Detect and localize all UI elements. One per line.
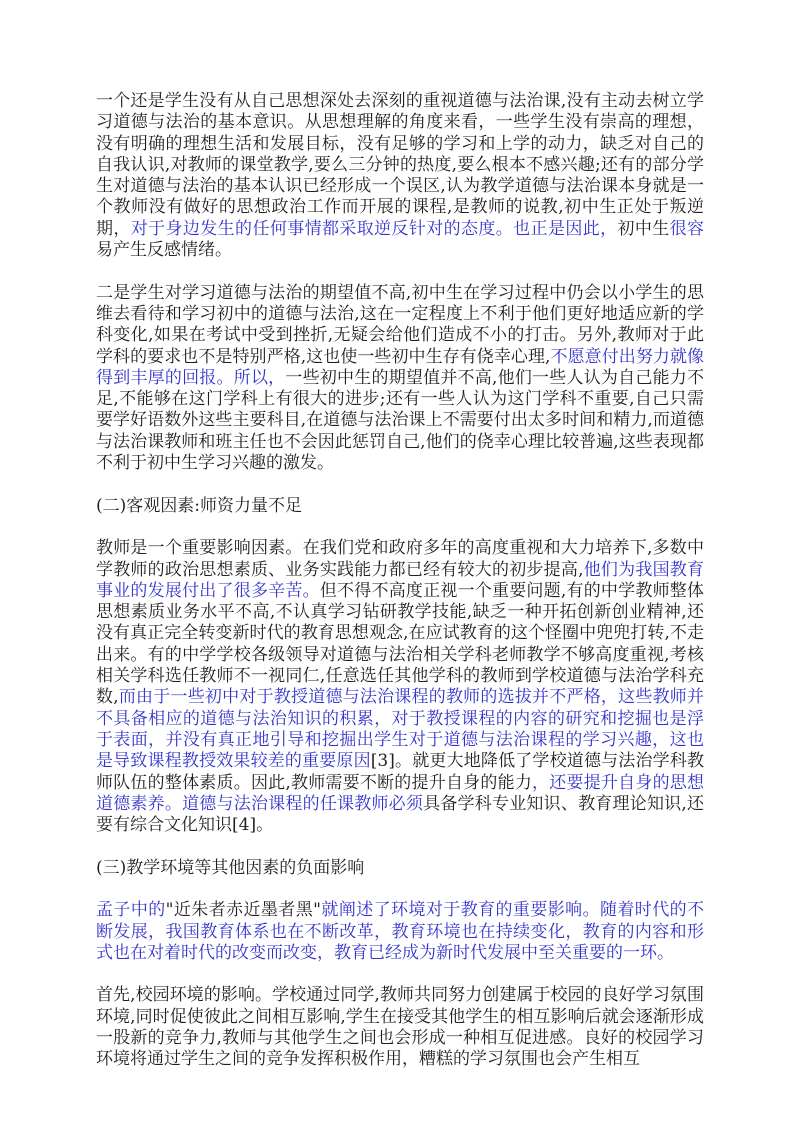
paragraph-campus-environment: 首先,校园环境的影响。学校通过同学,教师共同努力创建属于校园的良好学习氛围环境,… xyxy=(96,985,704,1070)
paragraph-environment-intro: 孟子中的"近朱者赤近墨者黑"就阐述了环境对于教育的重要影响。随着时代的不断发展，… xyxy=(96,900,704,964)
text-run: 对于身边发生的任何事情都采取逆反针对的态度。也正是因此， xyxy=(131,219,618,239)
text-run: "近朱者赤近墨者黑" xyxy=(166,900,321,920)
text-run: 孟子中的 xyxy=(96,900,166,920)
paragraph-teacher-factor: 教师是一个重要影响因素。在我们党和政府多年的高度重视和大力培养下,多数中学教师的… xyxy=(96,538,704,836)
text-run: 首先,校园环境的影响。学校通过同学,教师共同努力创建属于校园的良好学习氛围环境,… xyxy=(96,985,704,1069)
text-run: 很容 xyxy=(670,219,704,239)
text-run: 一个还是学生没有从自己思想深处去深刻的重视道德与法治课,没有主动去树立学习道德与… xyxy=(96,91,704,239)
text-run: 易产生反感情绪。 xyxy=(96,240,232,260)
text-run: (二)客观因素:师资力量不足 xyxy=(96,496,302,516)
document-page: 一个还是学生没有从自己思想深处去深刻的重视道德与法治课,没有主动去树立学习道德与… xyxy=(0,0,793,1122)
document-text-block: 一个还是学生没有从自己思想深处去深刻的重视道德与法治课,没有主动去树立学习道德与… xyxy=(96,91,704,1071)
text-run: (三)教学环境等其他因素的负面影响 xyxy=(96,858,364,878)
paragraph-subjective-factor-2: 二是学生对学习道德与法治的期望值不高,初中生在学习过程中仍会以小学生的思维去看待… xyxy=(96,283,704,475)
text-run: 初中生 xyxy=(617,219,669,239)
section-heading-3: (三)教学环境等其他因素的负面影响 xyxy=(96,858,704,879)
paragraph-subjective-factor-1: 一个还是学生没有从自己思想深处去深刻的重视道德与法治课,没有主动去树立学习道德与… xyxy=(96,91,704,261)
section-heading-2: (二)客观因素:师资力量不足 xyxy=(96,496,704,517)
